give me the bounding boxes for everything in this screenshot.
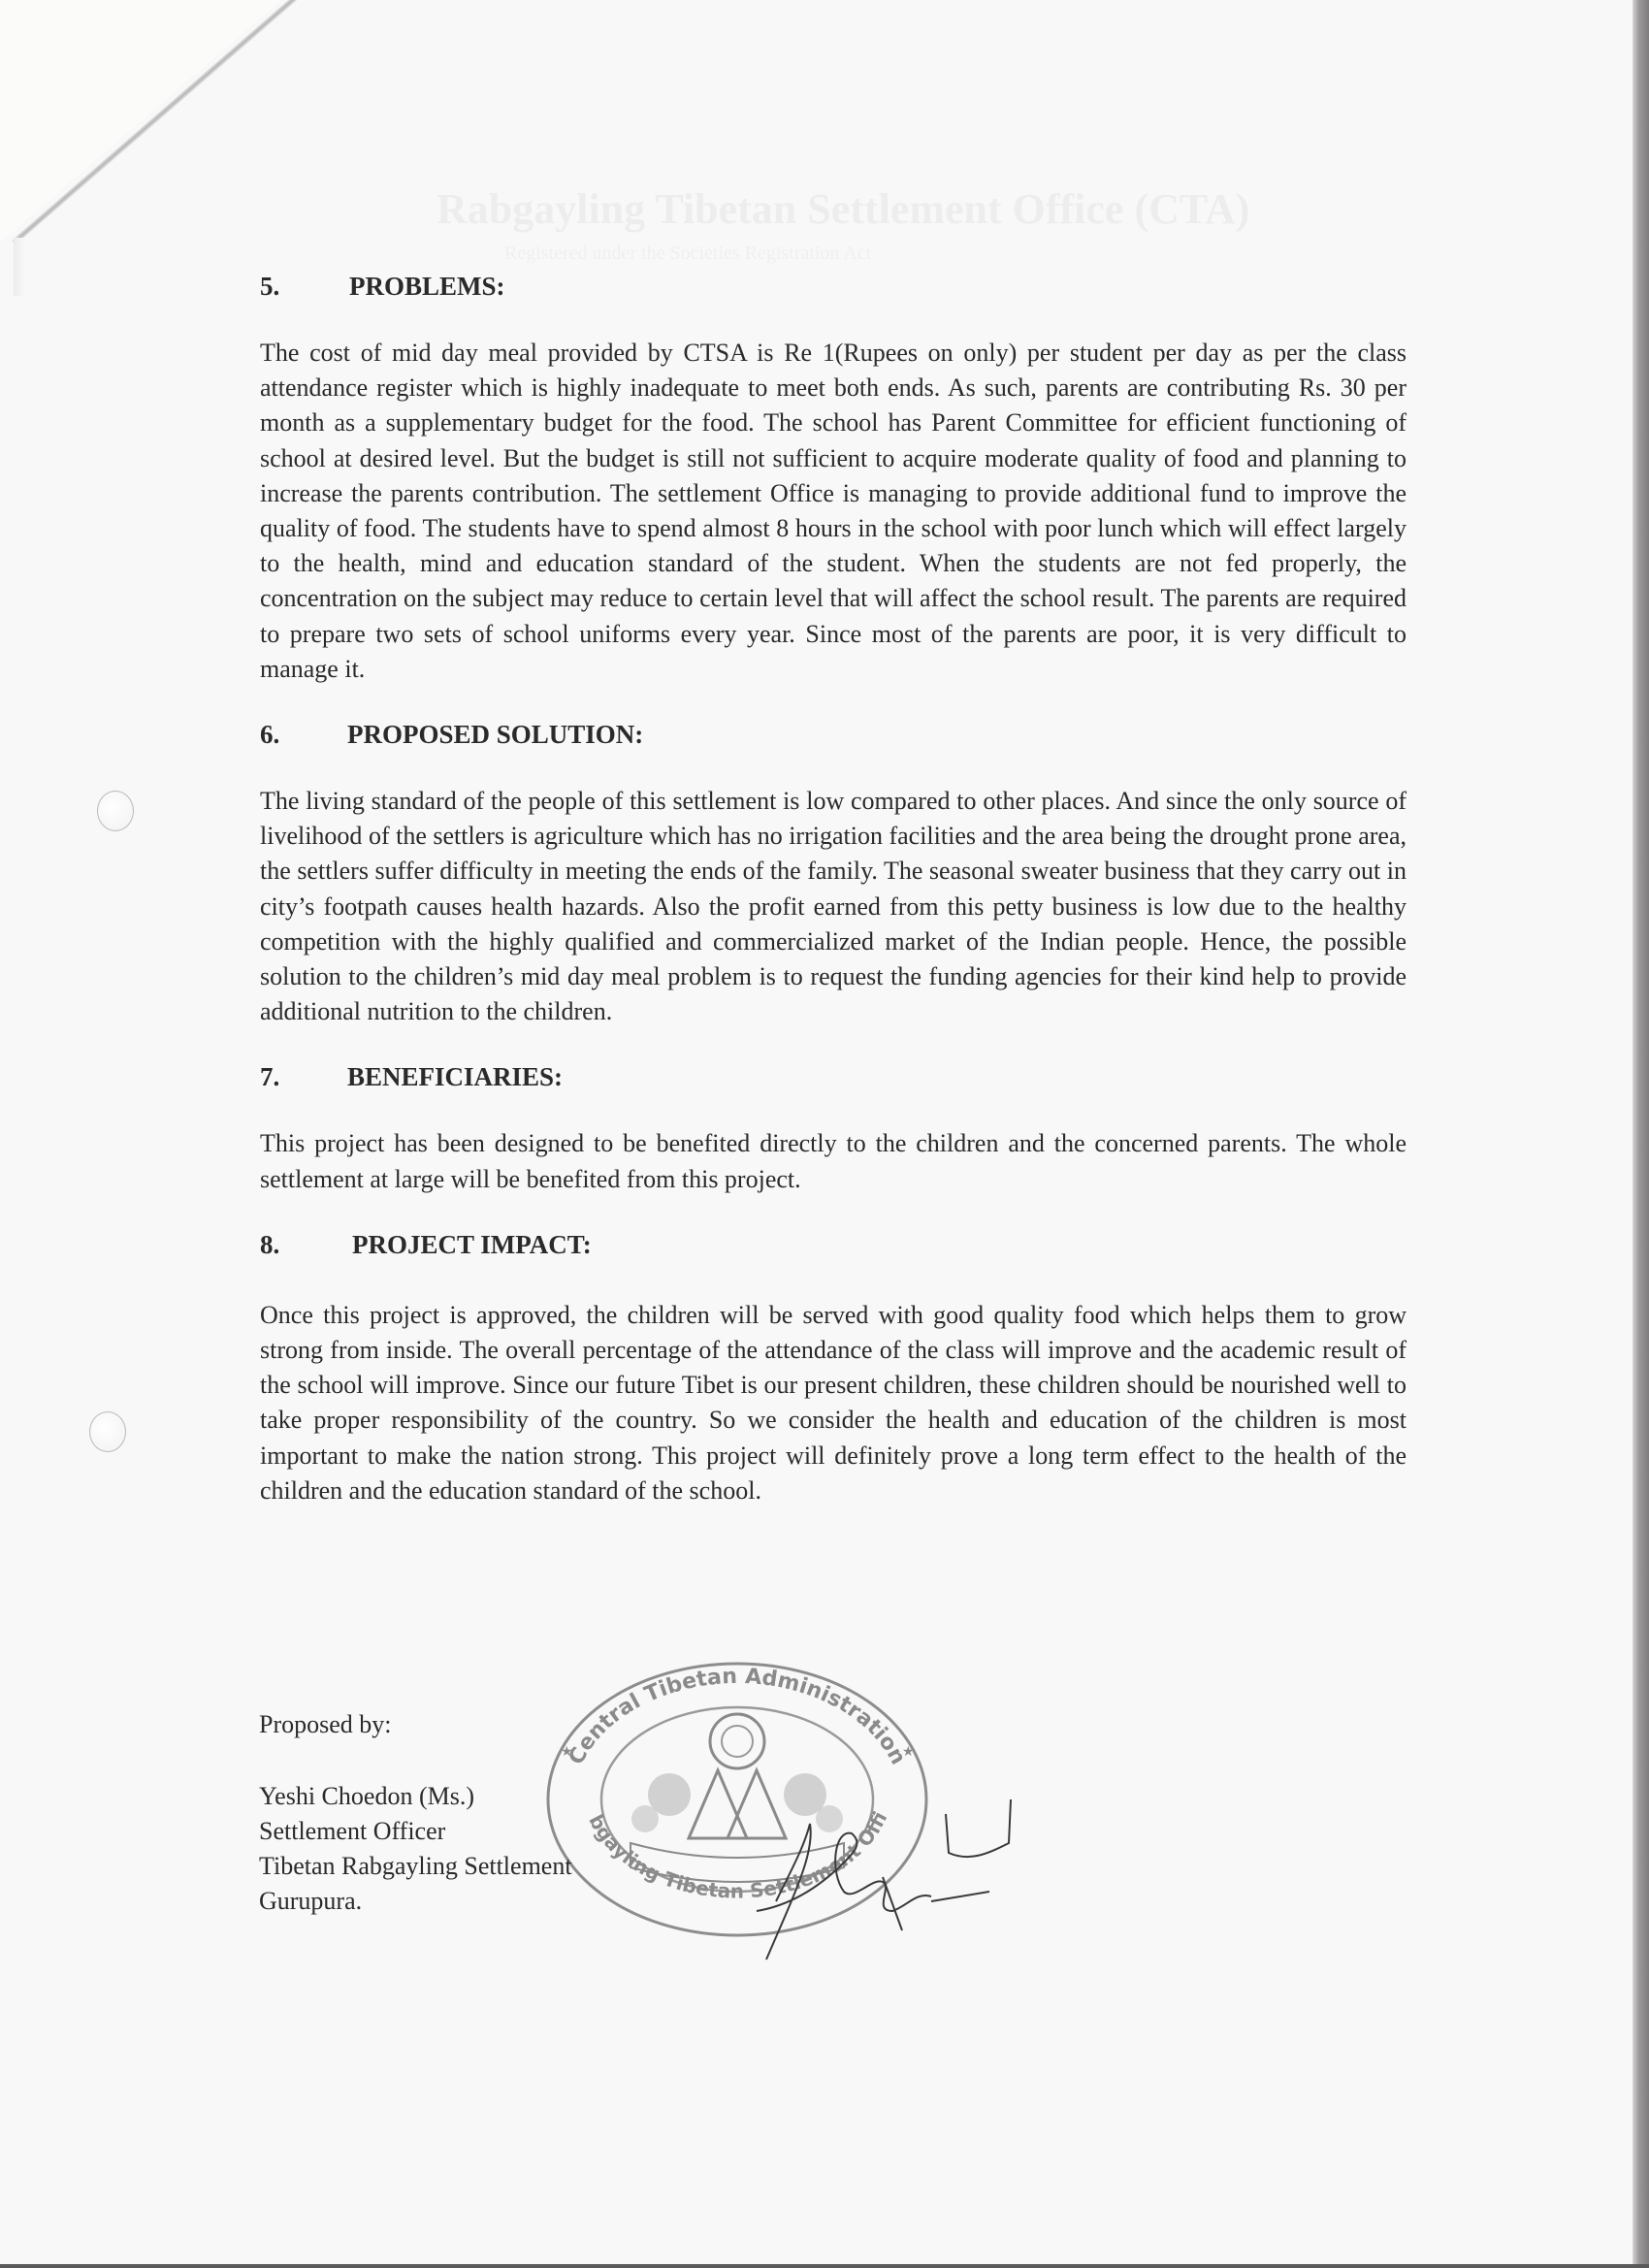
- signatory-name: Yeshi Choedon (Ms.): [259, 1779, 572, 1814]
- punch-hole-icon: [97, 791, 134, 831]
- punch-hole-icon: [89, 1411, 126, 1452]
- section-paragraph: Once this project is approved, the child…: [260, 1298, 1406, 1508]
- section-heading: 6. PROPOSED SOLUTION:: [260, 718, 1406, 751]
- section-project-impact: 8. PROJECT IMPACT: Once this project is …: [260, 1228, 1406, 1508]
- section-paragraph: This project has been designed to be ben…: [260, 1126, 1406, 1196]
- signatory-organization: Tibetan Rabgayling Settlement: [259, 1849, 572, 1884]
- signatory-location: Gurupura.: [259, 1884, 572, 1919]
- proposed-by-label: Proposed by:: [259, 1707, 572, 1742]
- folded-corner-edge: [14, 238, 27, 296]
- section-paragraph: The living standard of the people of thi…: [260, 784, 1406, 1029]
- signatory-title: Settlement Officer: [259, 1814, 572, 1849]
- section-number: 6.: [260, 718, 347, 751]
- section-number: 8.: [260, 1228, 352, 1261]
- handwritten-signature: [737, 1785, 1028, 1969]
- section-beneficiaries: 7. BENEFICIARIES: This project has been …: [260, 1060, 1406, 1196]
- document-body: 5. PROBLEMS: The cost of mid day meal pr…: [260, 270, 1406, 1508]
- signature-block: Proposed by: Yeshi Choedon (Ms.) Settlem…: [259, 1707, 572, 1919]
- section-heading: 7. BENEFICIARIES:: [260, 1060, 1406, 1093]
- section-title: BENEFICIARIES:: [347, 1060, 563, 1093]
- section-title: PROPOSED SOLUTION:: [347, 718, 643, 751]
- folded-corner: [0, 0, 281, 243]
- svg-text:★: ★: [902, 1745, 915, 1760]
- section-heading: 5. PROBLEMS:: [260, 270, 1406, 303]
- section-problems: 5. PROBLEMS: The cost of mid day meal pr…: [260, 270, 1406, 687]
- bleed-through-letterhead: Rabgayling Tibetan Settlement Office (CT…: [436, 184, 1249, 234]
- section-paragraph: The cost of mid day meal provided by CTS…: [260, 336, 1406, 687]
- bleed-through-registration: Registered under the Societies Registrat…: [504, 243, 871, 265]
- section-title: PROJECT IMPACT:: [352, 1228, 592, 1261]
- scanner-edge-bottom: [0, 2264, 1649, 2268]
- section-number: 5.: [260, 270, 349, 303]
- section-proposed-solution: 6. PROPOSED SOLUTION: The living standar…: [260, 718, 1406, 1029]
- section-heading: 8. PROJECT IMPACT:: [260, 1228, 1406, 1261]
- section-title: PROBLEMS:: [349, 270, 505, 303]
- scanner-edge-right: [1633, 0, 1649, 2268]
- section-number: 7.: [260, 1060, 347, 1093]
- svg-text:Central Tibetan Administration: Central Tibetan Administration: [565, 1665, 911, 1769]
